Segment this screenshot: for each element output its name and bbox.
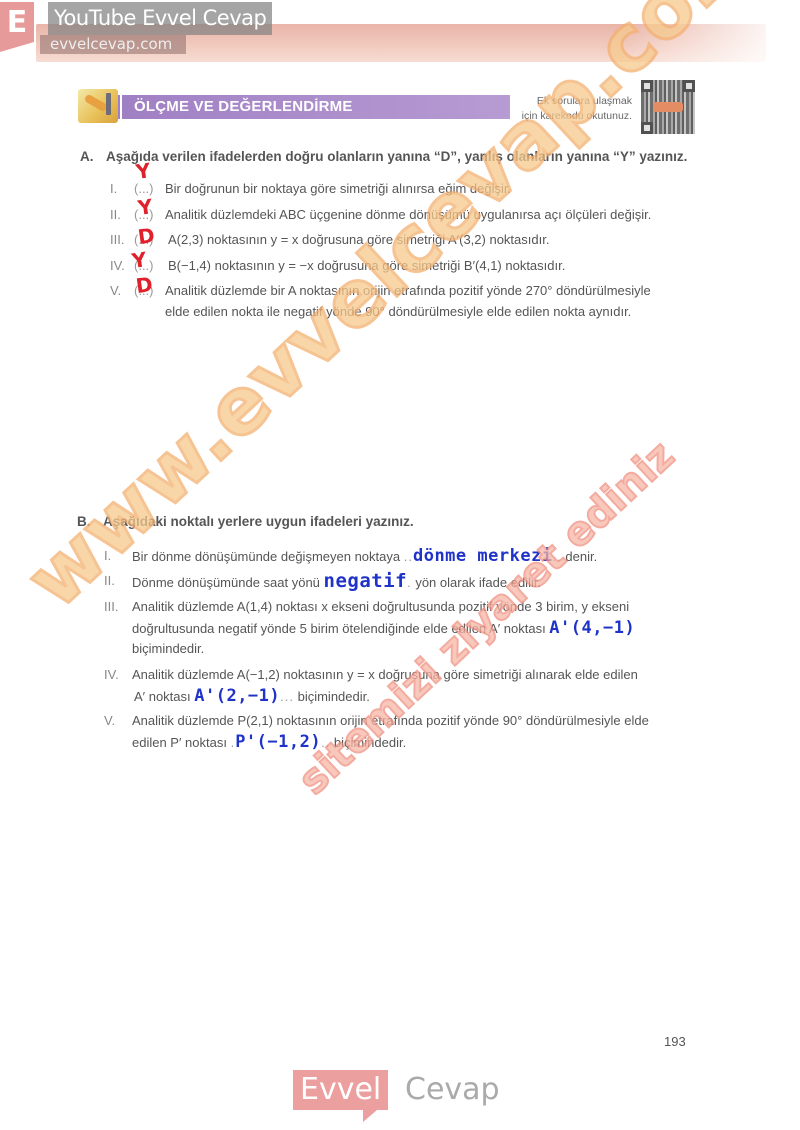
section-letter: A.	[80, 149, 106, 164]
item-number: IV.	[104, 665, 119, 685]
item-text: Bir doğrunun bir noktaya göre simetriği …	[165, 179, 511, 199]
handwritten-answer: D	[137, 225, 156, 247]
section-letter: B.	[77, 514, 103, 529]
item-number: III.	[104, 597, 118, 617]
item-text: B(−1,4) noktasının y = −x doğrusuna göre…	[168, 256, 565, 276]
section-banner: ÖLÇME VE DEĞERLENDİRME	[78, 92, 510, 120]
item-number: I.	[110, 179, 117, 199]
blank-dots: ..	[553, 549, 562, 564]
section-instruction: Aşağıda verilen ifadelerden doğru olanla…	[106, 149, 687, 164]
item-number: III.	[110, 230, 124, 250]
qr-code-icon[interactable]	[641, 80, 695, 134]
item-number: II.	[104, 571, 115, 591]
qr-corner	[641, 122, 653, 134]
item-text-continued: A′ noktası	[134, 689, 194, 704]
item-number: I.	[104, 546, 111, 566]
item-text: Analitik düzlemdeki ABC üçgenine dönme d…	[165, 205, 651, 225]
section-instruction: Aşağıdaki noktalı yerlere uygun ifadeler…	[103, 514, 414, 529]
item-text-continued: edilen P′ noktası	[132, 735, 231, 750]
handwritten-answer[interactable]: P'(−1,2)	[235, 732, 321, 752]
item-number: V.	[110, 281, 121, 301]
handwritten-answer[interactable]: A'(2,−1)	[194, 686, 280, 706]
blank-dots: ...	[280, 689, 294, 704]
item-text: Dönme dönüşümünde saat yönü	[132, 575, 324, 590]
item-text-continued: biçimindedir.	[330, 735, 406, 750]
item-text-continued: biçimindedir.	[132, 639, 204, 659]
blank-dots[interactable]: ..	[404, 549, 413, 564]
qr-note-line: için karekodu okutunuz.	[504, 109, 632, 124]
item-number: II.	[110, 205, 121, 225]
handwritten-answer: D	[135, 274, 154, 296]
item-number: V.	[104, 711, 115, 731]
handwritten-answer: dönme merkezi	[413, 546, 553, 566]
item-text: A(2,3) noktasının y = x doğrusuna göre s…	[168, 230, 549, 250]
item-text: Analitik düzlemde A(1,4) noktası x eksen…	[132, 597, 629, 617]
item-text: Analitik düzlemde bir A noktasının oriji…	[165, 281, 651, 301]
handwritten-answer: Y	[131, 249, 148, 271]
banner-title: ÖLÇME VE DEĞERLENDİRME	[134, 98, 353, 115]
pencil-ruler-icon	[78, 89, 118, 123]
footer-logo-cevap: Cevap	[405, 1070, 500, 1110]
site-url-label: evvelcevap.com	[40, 35, 186, 54]
banner-bar: ÖLÇME VE DEĞERLENDİRME	[122, 95, 510, 119]
qr-corner	[641, 80, 653, 92]
item-text-continued: biçimindedir.	[294, 689, 370, 704]
item-text: yön olarak ifade edilir.	[412, 575, 541, 590]
item-text: Analitik düzlemde P(2,1) noktasının orij…	[132, 711, 649, 731]
brand-logo-badge: E	[0, 2, 34, 42]
item-number: IV.	[110, 256, 125, 276]
section-b-heading: B.Aşağıdaki noktalı yerlere uygun ifadel…	[77, 514, 414, 529]
section-a-heading: A.Aşağıda verilen ifadelerden doğru olan…	[80, 149, 687, 164]
page-number: 193	[664, 1034, 686, 1049]
youtube-channel-label: YouTube Evvel Cevap	[48, 2, 272, 35]
item-text-continued: elde edilen nokta ile negatif yönde 90° …	[165, 302, 631, 322]
handwritten-answer: Y	[137, 196, 154, 218]
footer-logo-evvel: Evvel	[293, 1070, 388, 1110]
qr-corner	[683, 80, 695, 92]
item-text: denir.	[562, 549, 597, 564]
handwritten-answer[interactable]: A'(4,−1)	[549, 618, 635, 638]
qr-note-line: Ek sorulara ulaşmak	[504, 94, 632, 109]
blank-dots: ..	[321, 735, 330, 750]
handwritten-answer[interactable]: negatif	[324, 570, 408, 592]
qr-note: Ek sorulara ulaşmak için karekodu okutun…	[504, 94, 632, 124]
item-text: Analitik düzlemde A(−1,2) noktasının y =…	[132, 665, 638, 685]
item-text-continued: doğrultusunda negatif yönde 5 birim ötel…	[132, 621, 549, 636]
handwritten-answer: Y	[135, 160, 152, 182]
item-text: Bir dönme dönüşümünde değişmeyen noktaya	[132, 549, 404, 564]
